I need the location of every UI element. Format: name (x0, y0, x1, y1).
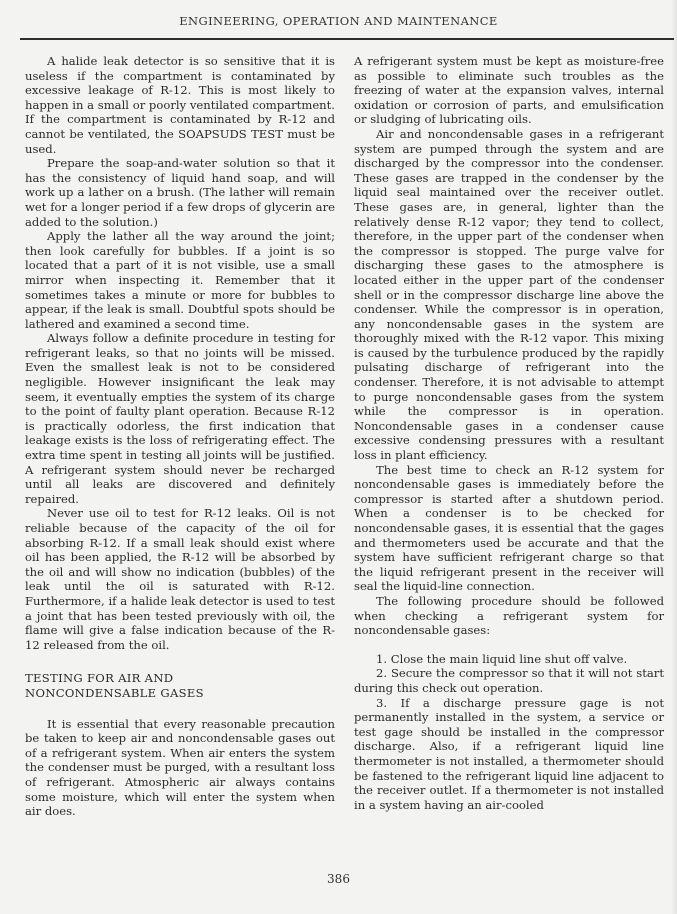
spacer (354, 638, 664, 652)
section-heading-line: TESTING FOR AIR AND (25, 671, 335, 686)
section-heading-line: NONCONDENSABLE GASES (25, 686, 335, 701)
paragraph: Never use oil to test for R-12 leaks. Oi… (25, 506, 335, 652)
procedure-step: 3. If a discharge pressure gage is not p… (354, 696, 664, 813)
left-column: A halide leak detector is so sensitive t… (25, 54, 335, 819)
paragraph: A halide leak detector is so sensitive t… (25, 54, 335, 156)
paragraph: Prepare the soap-and-water solution so t… (25, 156, 335, 229)
page-edge-shadow (671, 0, 677, 914)
procedure-step: 1. Close the main liquid line shut off v… (354, 652, 664, 667)
paragraph: The following procedure should be follow… (354, 594, 664, 638)
section-heading: TESTING FOR AIR AND NONCONDENSABLE GASES (25, 671, 335, 700)
page-number: 386 (0, 872, 677, 886)
paragraph: Apply the lather all the way around the … (25, 229, 335, 331)
running-header: ENGINEERING, OPERATION AND MAINTENANCE (0, 14, 677, 28)
paragraph: A refrigerant system must be kept as moi… (354, 54, 664, 127)
procedure-step: 2. Secure the compressor so that it will… (354, 666, 664, 695)
header-rule (20, 38, 674, 40)
paragraph: It is essential that every reasonable pr… (25, 717, 335, 819)
paragraph: Always follow a definite procedure in te… (25, 331, 335, 506)
paragraph: Air and noncondensable gases in a refrig… (354, 127, 664, 463)
paragraph: The best time to check an R-12 system fo… (354, 463, 664, 594)
right-column: A refrigerant system must be kept as moi… (354, 54, 664, 812)
